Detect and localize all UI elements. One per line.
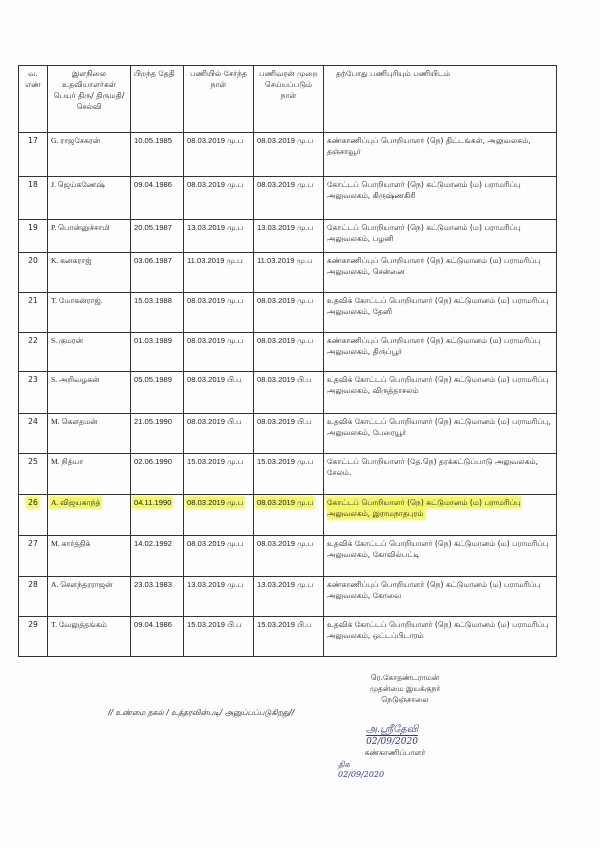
regularisation-date-cell: 08.03.2019 பி.ப: [254, 372, 324, 414]
employee-name-cell: A. விஜயகாந்த்: [48, 495, 131, 536]
date-of-birth-cell: 09.04.1986: [131, 177, 184, 220]
current-posting-cell: உதவிக் கோட்டப் பொறியாளர் (நெ) கட்டுமானம்…: [324, 372, 557, 414]
regularisation-date-cell: 08.03.2019 மு.ப: [254, 495, 324, 536]
date-joined: 08.03.2019 மு.ப: [187, 336, 243, 345]
table-row: 28A. சௌந்தரராஜன்23.03.198313.03.2019 மு.…: [19, 577, 557, 617]
employee-name: M. கார்த்திக்: [51, 539, 90, 548]
signatory-designation: முதன்மை இயக்குநர்: [345, 683, 465, 694]
employee-name-cell: S. குமரன்: [48, 333, 131, 372]
table-row: 22S. குமரன்01.03.198908.03.2019 மு.ப08.0…: [19, 333, 557, 372]
regularisation-date-cell: 15.03.2019 பி.ப: [254, 617, 324, 657]
signatory-block: ரெ.கோதண்டராமன் முதன்மை இயக்குநர் நெடுஞ்ச…: [345, 672, 465, 705]
initials-text: திக: [338, 760, 384, 770]
serial-number: 17: [28, 136, 38, 145]
serial-number-cell: 25: [19, 454, 48, 495]
signatory-name: ரெ.கோதண்டராமன்: [345, 672, 465, 683]
serial-number-cell: 28: [19, 577, 48, 617]
current-posting: கோட்டப் பொறியாளர் (நெ) கட்டுமானம் (ம) பர…: [327, 180, 521, 200]
serial-number: 19: [28, 223, 38, 232]
current-posting-cell: கோட்டப் பொறியாளர் (நெ) கட்டுமானம் (ம) பர…: [324, 495, 557, 536]
table-row: 25M. நித்யா02.06.199015.03.2019 மு.ப15.0…: [19, 454, 557, 495]
date-of-birth-cell: 02.06.1990: [131, 454, 184, 495]
current-posting-cell: உதவிக் கோட்டப் பொறியாளர் (நெ) கட்டுமானம்…: [324, 536, 557, 577]
date-joined-cell: 15.03.2019 பி.ப: [184, 617, 254, 657]
employee-name-cell: T. வேலுத்தங்கம்: [48, 617, 131, 657]
employee-name: M. கௌதமன்: [51, 417, 98, 426]
current-posting: கண்காணிப்புப் பொறியாளர் (நெ) திட்டங்கள்,…: [327, 136, 531, 156]
table-header-row: வ. எண் இளநிலை உதவியாளர்கள் பெயர் திரு/ த…: [19, 66, 557, 133]
superintendent-signature: அ.ஸ்ரீதேவி 02/09/2020: [352, 724, 432, 748]
initials-signature: திக 02/09/2020: [338, 760, 384, 780]
table-row: 23S. அறிவழகன்05.05.198908.03.2019 பி.ப08…: [19, 372, 557, 414]
employee-name: A. விஜயகாந்த்: [51, 498, 100, 507]
current-posting-cell: உதவிக் கோட்டப் பொறியாளர் (நெ) கட்டுமானம்…: [324, 617, 557, 657]
superintendent-title: கண்காணிப்பாளர்: [345, 748, 445, 758]
serial-number-cell: 23: [19, 372, 48, 414]
employee-name-cell: S. அறிவழகன்: [48, 372, 131, 414]
employee-name: K. கனகராஜ்: [51, 256, 92, 265]
date-of-birth: 15.03.1988: [134, 296, 172, 305]
serial-number: 24: [28, 417, 38, 426]
date-of-birth-cell: 05.05.1989: [131, 372, 184, 414]
current-posting: உதவிக் கோட்டப் பொறியாளர் (நெ) கட்டுமானம்…: [327, 375, 549, 395]
regularisation-date-cell: 08.03.2019 மு.ப: [254, 333, 324, 372]
date-joined: 13.03.2019 மு.ப: [187, 223, 243, 232]
current-posting-cell: கண்காணிப்புப் பொறியாளர் (நெ) கட்டுமானம் …: [324, 577, 557, 617]
regularisation-date: 08.03.2019 பி.ப: [257, 375, 312, 384]
table-row: 17G. ராஜசேகரன்10.05.198508.03.2019 மு.ப0…: [19, 133, 557, 177]
employee-name: J. ஜெய்கணேஷ்: [51, 180, 105, 189]
date-of-birth-cell: 01.03.1989: [131, 333, 184, 372]
date-joined-cell: 08.03.2019 பி.ப: [184, 372, 254, 414]
date-joined: 08.03.2019 பி.ப: [187, 417, 242, 426]
current-posting: கண்காணிப்புப் பொறியாளர் (நெ) கட்டுமானம் …: [327, 580, 540, 600]
date-of-birth: 23.03.1983: [134, 580, 172, 589]
serial-number: 20: [28, 256, 38, 265]
table-row: 18J. ஜெய்கணேஷ்09.04.198608.03.2019 மு.ப0…: [19, 177, 557, 220]
regularisation-date-cell: 13.03.2019 மு.ப: [254, 577, 324, 617]
header-date-joined: பணியில் சேர்ந்த நாள்: [184, 66, 254, 133]
date-joined-cell: 08.03.2019 மு.ப: [184, 333, 254, 372]
regularisation-date: 15.03.2019 மு.ப: [257, 457, 313, 466]
regularisation-date-cell: 08.03.2019 மு.ப: [254, 536, 324, 577]
employee-name: A. சௌந்தரராஜன்: [51, 580, 113, 589]
current-posting-cell: கோட்டப் பொறியாளர் (நெ) கட்டுமானம் (ம) பர…: [324, 177, 557, 220]
initials-date: 02/09/2020: [338, 770, 384, 780]
header-date-of-birth: பிறந்த தேதி: [131, 66, 184, 133]
regularisation-date: 08.03.2019 மு.ப: [257, 180, 313, 189]
employee-name: G. ராஜசேகரன்: [51, 136, 100, 145]
date-of-birth-cell: 09.04.1986: [131, 617, 184, 657]
date-joined-cell: 13.03.2019 மு.ப: [184, 220, 254, 253]
header-serial-number: வ. எண்: [19, 66, 48, 133]
employee-name: T. மோகன்ராஜ்.: [51, 296, 103, 305]
date-of-birth-cell: 10.05.1985: [131, 133, 184, 177]
regularisation-date-cell: 15.03.2019 மு.ப: [254, 454, 324, 495]
date-of-birth-cell: 04.11.1990: [131, 495, 184, 536]
current-posting-cell: கோட்டப் பொறியாளர் (நெ) கட்டுமானம் (ம) பர…: [324, 220, 557, 253]
current-posting-cell: உதவிக் கோட்டப் பொறியாளர் (நெ) கட்டுமானம்…: [324, 293, 557, 333]
date-joined: 08.03.2019 மு.ப: [187, 498, 243, 507]
employee-name-cell: J. ஜெய்கணேஷ்: [48, 177, 131, 220]
regularisation-date: 15.03.2019 பி.ப: [257, 620, 312, 629]
superintendent-signature-text: அ.ஸ்ரீதேவி: [352, 724, 432, 735]
current-posting: கோட்டப் பொறியாளர் (நெ) கட்டுமானம் (ம) பர…: [327, 223, 521, 243]
serial-number-cell: 19: [19, 220, 48, 253]
date-of-birth: 20.05.1987: [134, 223, 172, 232]
current-posting-cell: கண்காணிப்புப் பொறியாளர் (நெ) கட்டுமானம் …: [324, 253, 557, 293]
employee-name: T. வேலுத்தங்கம்: [51, 620, 107, 629]
serial-number-cell: 22: [19, 333, 48, 372]
staff-table: வ. எண் இளநிலை உதவியாளர்கள் பெயர் திரு/ த…: [18, 65, 557, 657]
regularisation-date: 08.03.2019 பி.ப: [257, 417, 312, 426]
date-joined-cell: 08.03.2019 மு.ப: [184, 495, 254, 536]
serial-number-cell: 29: [19, 617, 48, 657]
serial-number: 27: [28, 539, 38, 548]
current-posting-cell: கண்காணிப்புப் பொறியாளர் (நெ) கட்டுமானம் …: [324, 333, 557, 372]
regularisation-date-cell: 08.03.2019 பி.ப: [254, 414, 324, 454]
date-joined: 08.03.2019 மு.ப: [187, 136, 243, 145]
date-of-birth-cell: 14.02.1992: [131, 536, 184, 577]
superintendent-signature-date: 02/09/2020: [366, 735, 418, 748]
regularisation-date: 13.03.2019 மு.ப: [257, 223, 313, 232]
date-joined-cell: 08.03.2019 பி.ப: [184, 414, 254, 454]
employee-name-cell: K. கனகராஜ்: [48, 253, 131, 293]
current-posting: கண்காணிப்புப் பொறியாளர் (நெ) கட்டுமானம் …: [327, 336, 540, 356]
date-joined: 11.03.2019 மு.ப: [187, 256, 243, 265]
employee-name: S. அறிவழகன்: [51, 375, 100, 384]
serial-number-cell: 26: [19, 495, 48, 536]
current-posting: கண்காணிப்புப் பொறியாளர் (நெ) கட்டுமானம் …: [327, 256, 540, 276]
regularisation-date-cell: 13.03.2019 மு.ப: [254, 220, 324, 253]
date-of-birth: 04.11.1990: [134, 498, 171, 507]
table-row: 24M. கௌதமன்21.05.199008.03.2019 பி.ப08.0…: [19, 414, 557, 454]
date-joined-cell: 13.03.2019 மு.ப: [184, 577, 254, 617]
regularisation-date-cell: 11.03.2019 மு.ப: [254, 253, 324, 293]
date-of-birth-cell: 15.03.1988: [131, 293, 184, 333]
employee-name: S. குமரன்: [51, 336, 83, 345]
date-of-birth: 03.06.1987: [134, 256, 172, 265]
serial-number-cell: 21: [19, 293, 48, 333]
current-posting: கோட்டப் பொறியாளர் (தே.நெ) தரக்கட்டுப்பாட…: [327, 457, 538, 477]
employee-name-cell: P. பொன்னுச்சாமி: [48, 220, 131, 253]
employee-name-cell: M. கௌதமன்: [48, 414, 131, 454]
serial-number: 25: [28, 457, 38, 466]
date-of-birth-cell: 21.05.1990: [131, 414, 184, 454]
serial-number-cell: 18: [19, 177, 48, 220]
current-posting: உதவிக் கோட்டப் பொறியாளர் (நெ) கட்டுமானம்…: [327, 417, 551, 437]
current-posting: உதவிக் கோட்டப் பொறியாளர் (நெ) கட்டுமானம்…: [327, 296, 549, 316]
table-row: 21T. மோகன்ராஜ்.15.03.198808.03.2019 மு.ப…: [19, 293, 557, 333]
employee-name-cell: A. சௌந்தரராஜன்: [48, 577, 131, 617]
date-of-birth: 02.06.1990: [134, 457, 172, 466]
employee-name-cell: M. நித்யா: [48, 454, 131, 495]
date-joined: 13.03.2019 மு.ப: [187, 580, 243, 589]
regularisation-date: 13.03.2019 மு.ப: [257, 580, 313, 589]
date-joined: 08.03.2019 மு.ப: [187, 296, 243, 305]
date-of-birth-cell: 20.05.1987: [131, 220, 184, 253]
employee-name-cell: M. கார்த்திக்: [48, 536, 131, 577]
table-row: 29T. வேலுத்தங்கம்09.04.198615.03.2019 பி…: [19, 617, 557, 657]
regularisation-date: 08.03.2019 மு.ப: [257, 539, 313, 548]
date-of-birth-cell: 03.06.1987: [131, 253, 184, 293]
serial-number: 18: [28, 180, 38, 189]
employee-name: M. நித்யா: [51, 457, 83, 466]
date-joined-cell: 08.03.2019 மு.ப: [184, 293, 254, 333]
serial-number-cell: 27: [19, 536, 48, 577]
document-page: வ. எண் இளநிலை உதவியாளர்கள் பெயர் திரு/ த…: [0, 0, 600, 848]
date-of-birth: 14.02.1992: [134, 539, 172, 548]
serial-number: 22: [28, 336, 38, 345]
serial-number-cell: 24: [19, 414, 48, 454]
regularisation-date: 08.03.2019 மு.ப: [257, 296, 313, 305]
date-of-birth: 21.05.1990: [134, 417, 172, 426]
header-current-posting: தற்போது பணிபுரியும் பணியிடம்: [324, 66, 557, 133]
regularisation-date-cell: 08.03.2019 மு.ப: [254, 177, 324, 220]
date-joined-cell: 11.03.2019 மு.ப: [184, 253, 254, 293]
regularisation-date: 08.03.2019 மு.ப: [257, 498, 313, 507]
table-row: 26A. விஜயகாந்த்04.11.199008.03.2019 மு.ப…: [19, 495, 557, 536]
employee-name: P. பொன்னுச்சாமி: [51, 223, 110, 232]
date-joined-cell: 08.03.2019 மு.ப: [184, 177, 254, 220]
date-joined: 15.03.2019 பி.ப: [187, 620, 242, 629]
regularisation-date-cell: 08.03.2019 மு.ப: [254, 133, 324, 177]
current-posting: கோட்டப் பொறியாளர் (நெ) கட்டுமானம் (ம) பர…: [327, 498, 521, 518]
serial-number-cell: 17: [19, 133, 48, 177]
date-of-birth: 09.04.1986: [134, 620, 172, 629]
date-joined: 08.03.2019 பி.ப: [187, 375, 242, 384]
date-joined-cell: 08.03.2019 மு.ப: [184, 536, 254, 577]
current-posting-cell: கண்காணிப்புப் பொறியாளர் (நெ) திட்டங்கள்,…: [324, 133, 557, 177]
serial-number: 29: [28, 620, 38, 629]
regularisation-date: 11.03.2019 மு.ப: [257, 256, 313, 265]
date-joined-cell: 15.03.2019 மு.ப: [184, 454, 254, 495]
signatory-department: நெடுஞ்சாலை: [345, 694, 465, 705]
table-row: 27M. கார்த்திக்14.02.199208.03.2019 மு.ப…: [19, 536, 557, 577]
date-of-birth-cell: 23.03.1983: [131, 577, 184, 617]
serial-number: 26: [28, 498, 38, 507]
date-joined: 08.03.2019 மு.ப: [187, 180, 243, 189]
header-regularisation-date: பணிவரன் முறை செய்யப்படும் நாள்: [254, 66, 324, 133]
table-body: 17G. ராஜசேகரன்10.05.198508.03.2019 மு.ப0…: [19, 133, 557, 657]
true-copy-note: // உண்மை நகல் / உத்தரவின்படி/ அனுப்பப்பட…: [108, 708, 294, 718]
table-row: 20K. கனகராஜ்03.06.198711.03.2019 மு.ப11.…: [19, 253, 557, 293]
date-joined: 15.03.2019 மு.ப: [187, 457, 243, 466]
current-posting: உதவிக் கோட்டப் பொறியாளர் (நெ) கட்டுமானம்…: [327, 539, 549, 559]
serial-number: 28: [28, 580, 38, 589]
current-posting-cell: கோட்டப் பொறியாளர் (தே.நெ) தரக்கட்டுப்பாட…: [324, 454, 557, 495]
current-posting: உதவிக் கோட்டப் பொறியாளர் (நெ) கட்டுமானம்…: [327, 620, 549, 640]
date-of-birth: 10.05.1985: [134, 136, 172, 145]
date-of-birth: 01.03.1989: [134, 336, 172, 345]
serial-number: 23: [28, 375, 38, 384]
current-posting-cell: உதவிக் கோட்டப் பொறியாளர் (நெ) கட்டுமானம்…: [324, 414, 557, 454]
employee-name-cell: T. மோகன்ராஜ்.: [48, 293, 131, 333]
regularisation-date-cell: 08.03.2019 மு.ப: [254, 293, 324, 333]
regularisation-date: 08.03.2019 மு.ப: [257, 336, 313, 345]
header-name: இளநிலை உதவியாளர்கள் பெயர் திரு/ திருமதி/…: [48, 66, 131, 133]
date-joined: 08.03.2019 மு.ப: [187, 539, 243, 548]
regularisation-date: 08.03.2019 மு.ப: [257, 136, 313, 145]
employee-name-cell: G. ராஜசேகரன்: [48, 133, 131, 177]
date-joined-cell: 08.03.2019 மு.ப: [184, 133, 254, 177]
date-of-birth: 09.04.1986: [134, 180, 172, 189]
table-row: 19P. பொன்னுச்சாமி20.05.198713.03.2019 மு…: [19, 220, 557, 253]
serial-number-cell: 20: [19, 253, 48, 293]
serial-number: 21: [28, 296, 38, 305]
date-of-birth: 05.05.1989: [134, 375, 172, 384]
